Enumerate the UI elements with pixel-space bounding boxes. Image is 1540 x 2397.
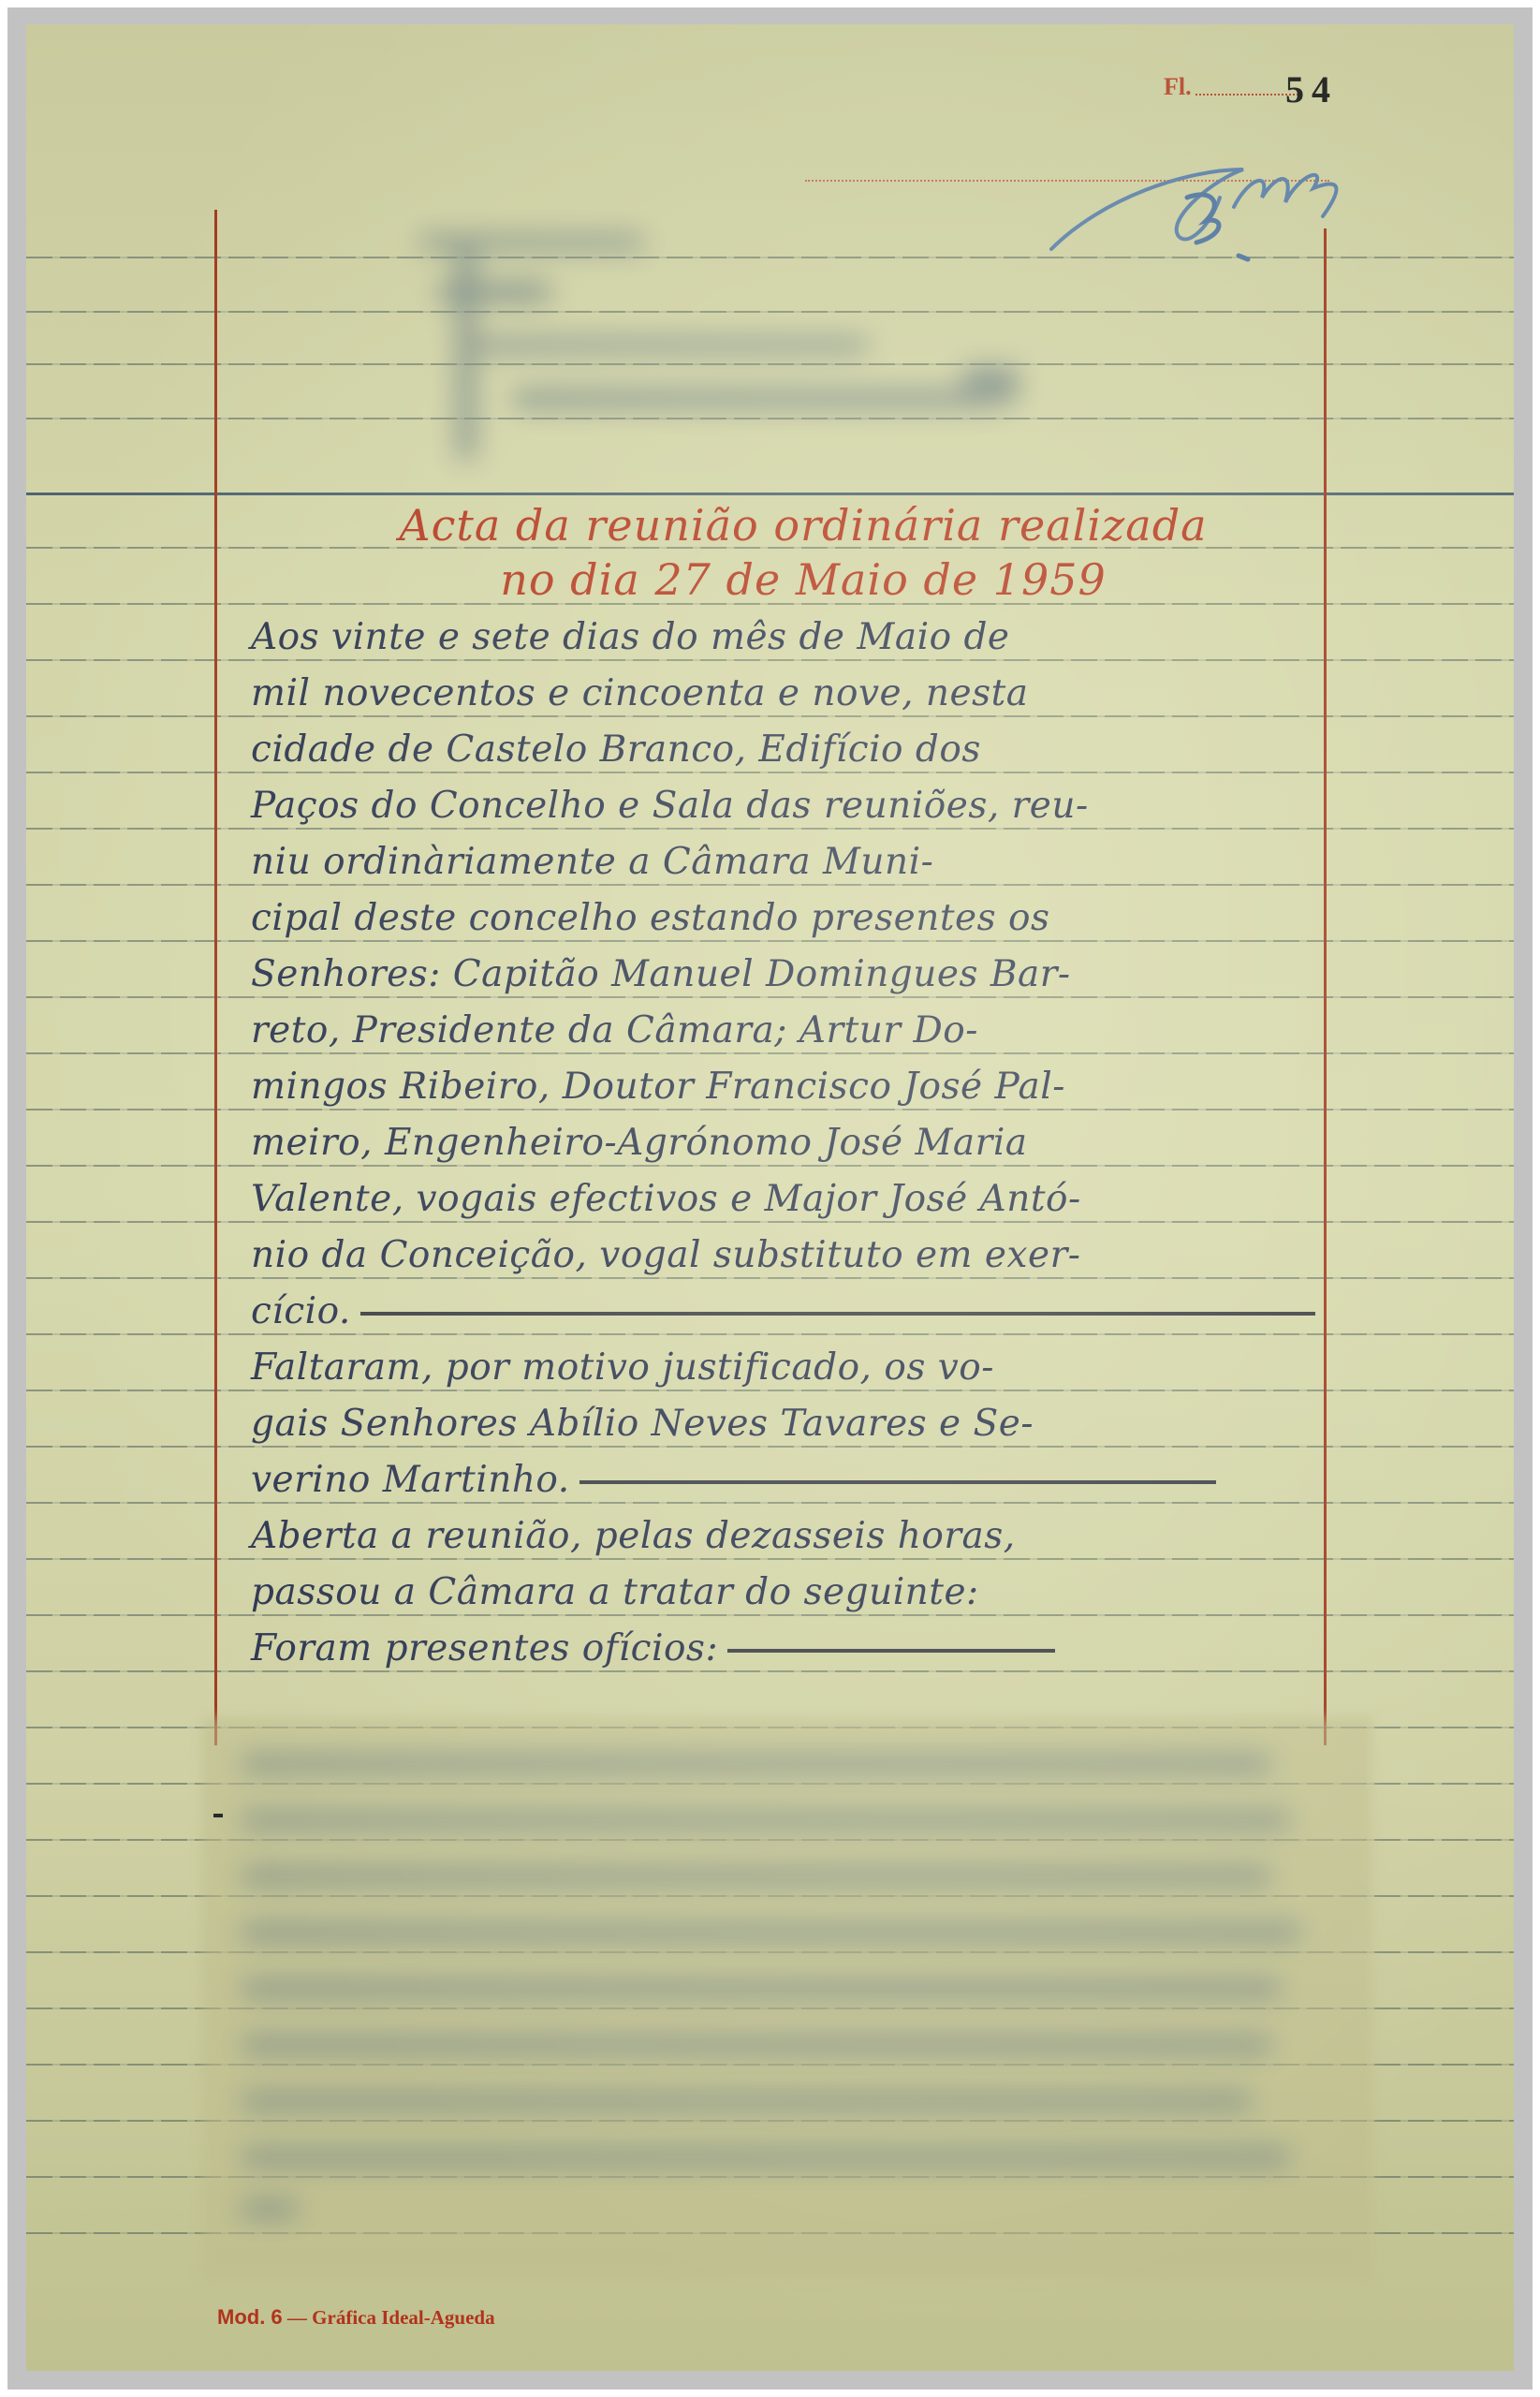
body-line: Faltaram, por motivo justificado, os vo- (251, 1346, 1356, 1389)
body-line-text: cício. (251, 1290, 351, 1332)
ruled-line (26, 1221, 1514, 1223)
line-fill-stroke (727, 1649, 1055, 1653)
body-line: nio da Conceição, vogal substituto em ex… (251, 1234, 1356, 1276)
ledger-page: Fl. 54 Acta da reunião ordinária realiza… (26, 24, 1514, 2371)
body-line: meiro, Engenheiro-Agrónomo José Maria (251, 1122, 1356, 1164)
form-model-number: Mod. 6 (217, 2305, 283, 2329)
ruled-line (26, 1277, 1514, 1279)
body-line-with-fill: verino Martinho. (251, 1459, 1356, 1501)
ruled-line (26, 1446, 1514, 1448)
redacted-section (223, 1728, 1346, 2253)
ruled-line (26, 828, 1514, 830)
body-line: passou a Câmara a tratar do seguinte: (251, 1571, 1356, 1613)
ruled-line (26, 715, 1514, 717)
minutes-title-line-1: Acta da reunião ordinária realizada (242, 500, 1365, 551)
ruled-line (26, 1502, 1514, 1504)
line-fill-stroke (360, 1312, 1315, 1316)
folio-value: 54 (1285, 67, 1338, 111)
body-line-with-fill: Foram presentes ofícios: (251, 1627, 1356, 1669)
ruled-line (26, 772, 1514, 773)
printer-imprint: Mod. 6 — Gráfica Ideal-Agueda (217, 2305, 495, 2330)
ruled-line (26, 996, 1514, 998)
body-line: Aos vinte e sete dias do mês de Maio de (251, 616, 1356, 658)
folio-number: Fl. 54 (1164, 73, 1302, 101)
minutes-title-line-2: no dia 27 de Maio de 1959 (242, 554, 1365, 605)
ruled-line (26, 1614, 1514, 1616)
body-line-with-fill: cício. (251, 1290, 1356, 1332)
printer-name: — Gráfica Ideal-Agueda (287, 2306, 495, 2329)
ruled-line (26, 1390, 1514, 1391)
heading-divider-line (26, 493, 1514, 495)
body-line: mingos Ribeiro, Doutor Francisco José Pa… (251, 1066, 1356, 1108)
ruled-line (26, 1052, 1514, 1054)
body-line-text: Foram presentes ofícios: (251, 1627, 718, 1669)
body-line: gais Senhores Abílio Neves Tavares e Se- (251, 1403, 1356, 1445)
redacted-annotation-top (401, 216, 1112, 488)
body-line: Valente, vogais efectivos e Major José A… (251, 1178, 1356, 1220)
body-line: Senhores: Capitão Manuel Domingues Bar- (251, 953, 1356, 995)
body-line: mil novecentos e cincoenta e nove, nesta (251, 672, 1356, 714)
ruled-line (26, 1670, 1514, 1672)
ruled-line (26, 1558, 1514, 1560)
body-line-text: verino Martinho. (251, 1459, 570, 1501)
body-line: niu ordinàriamente a Câmara Muni- (251, 841, 1356, 883)
ruled-line (26, 1165, 1514, 1167)
left-margin-line (214, 210, 217, 1745)
ruled-line (26, 1109, 1514, 1110)
body-line: cidade de Castelo Branco, Edifício dos (251, 728, 1356, 771)
body-line: Paços do Concelho e Sala das reuniões, r… (251, 785, 1356, 827)
body-line: reto, Presidente da Câmara; Artur Do- (251, 1009, 1356, 1051)
body-line: cipal deste concelho estando presentes o… (251, 897, 1356, 939)
ruled-line (26, 1333, 1514, 1335)
folio-label: Fl. (1164, 73, 1192, 101)
ruled-line (26, 659, 1514, 661)
folio-dotted-line (1195, 93, 1298, 96)
ruled-line (26, 940, 1514, 942)
body-line: Aberta a reunião, pelas dezasseis horas, (251, 1515, 1356, 1557)
line-fill-stroke (579, 1480, 1216, 1484)
ink-mark (213, 1814, 223, 1817)
ruled-line (26, 884, 1514, 886)
